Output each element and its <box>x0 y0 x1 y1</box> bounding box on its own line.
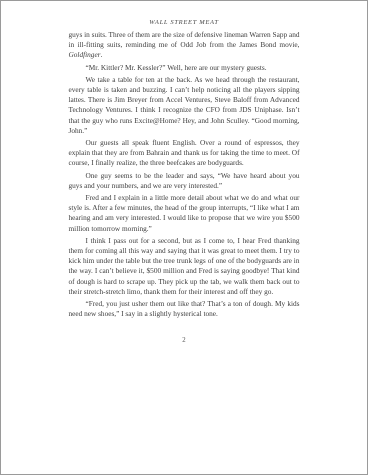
body-paragraph: Fred and I explain in a little more deta… <box>69 193 300 234</box>
running-head: WALL STREET MEAT <box>1 19 367 27</box>
body-paragraph: guys in suits. Three of them are the siz… <box>69 30 300 61</box>
book-page: WALL STREET MEAT guys in suits. Three of… <box>0 0 368 475</box>
body-paragraph: One guy seems to be the leader and says,… <box>69 171 300 191</box>
body-paragraph: “Mr. Kittler? Mr. Kessler?” Well, here a… <box>69 63 300 73</box>
body-paragraph: Our guests all speak fluent English. Ove… <box>69 138 300 169</box>
page-number: 2 <box>1 337 367 344</box>
body-paragraph: “Fred, you just usher them out like that… <box>69 299 300 319</box>
body-paragraph: I think I pass out for a second, but as … <box>69 236 300 297</box>
paragraph-text: . <box>101 50 103 59</box>
book-title-italic-text: Goldfinger <box>69 50 101 59</box>
paragraph-text: guys in suits. Three of them are the siz… <box>69 30 300 49</box>
body-paragraph: We take a table for ten at the back. As … <box>69 75 300 136</box>
text-block: guys in suits. Three of them are the siz… <box>69 30 300 319</box>
